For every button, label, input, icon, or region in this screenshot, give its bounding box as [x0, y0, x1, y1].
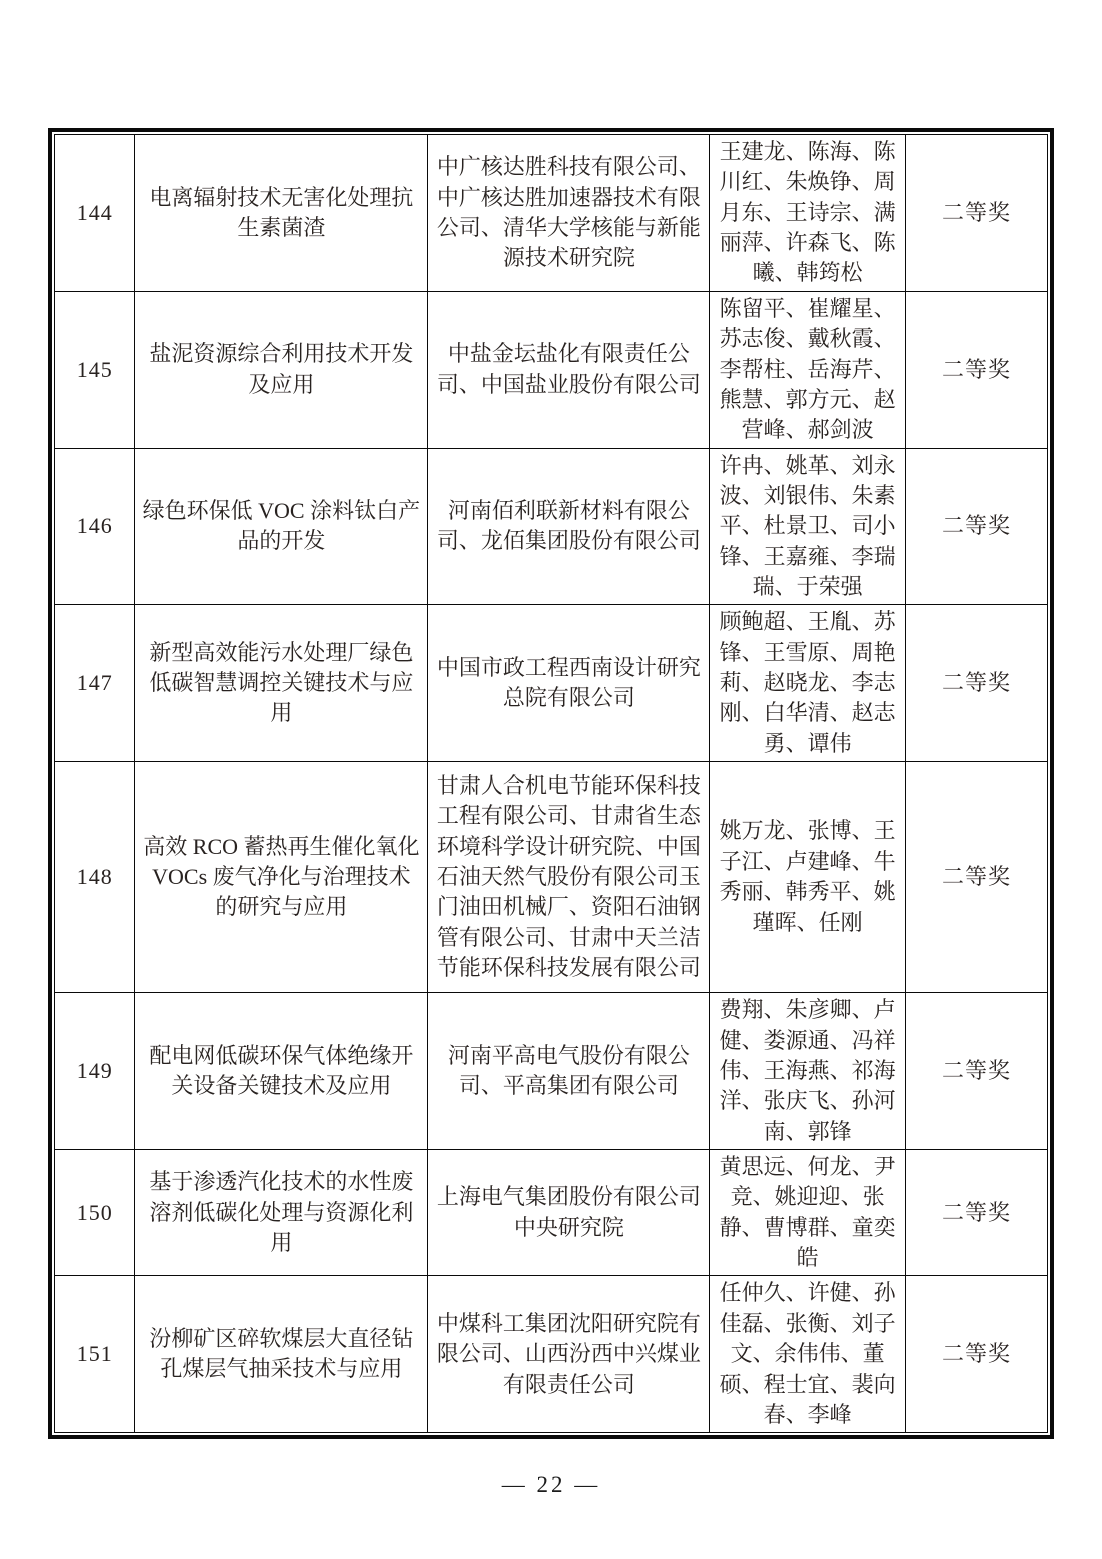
project-name-cell: 电离辐射技术无害化处理抗生素菌渣: [135, 135, 428, 292]
awardees-cell: 王建龙、陈海、陈川红、朱焕铮、周月东、王诗宗、满丽萍、许森飞、陈曦、韩筠松: [710, 135, 906, 292]
project-name-cell: 新型高效能污水处理厂绿色低碳智慧调控关键技术与应用: [135, 605, 428, 762]
table-row: 150 基于渗透汽化技术的水性废溶剂低碳化处理与资源化利用 上海电气集团股份有限…: [55, 1149, 1048, 1275]
awards-table: 144 电离辐射技术无害化处理抗生素菌渣 中广核达胜科技有限公司、中广核达胜加速…: [48, 128, 1054, 1439]
row-number-cell: 148: [55, 762, 135, 993]
awardees-cell: 姚万龙、张博、王子江、卢建峰、牛秀丽、韩秀平、姚瑾晖、任刚: [710, 762, 906, 993]
page-number: — 22 —: [0, 1472, 1102, 1498]
organizations-cell: 中煤科工集团沈阳研究院有限公司、山西汾西中兴煤业有限责任公司: [428, 1276, 710, 1433]
row-number-cell: 146: [55, 448, 135, 605]
table-row: 146 绿色环保低 VOC 涂料钛白产品的开发 河南佰利联新材料有限公司、龙佰集…: [55, 448, 1048, 605]
awardees-cell: 陈留平、崔耀星、苏志俊、戴秋霞、李帮柱、岳海芹、熊慧、郭方元、赵营峰、郝剑波: [710, 291, 906, 448]
award-level-cell: 二等奖: [905, 1276, 1047, 1433]
row-number-cell: 151: [55, 1276, 135, 1433]
organizations-cell: 上海电气集团股份有限公司中央研究院: [428, 1149, 710, 1275]
row-number-cell: 144: [55, 135, 135, 292]
project-name-cell: 汾柳矿区碎软煤层大直径钻孔煤层气抽采技术与应用: [135, 1276, 428, 1433]
award-level-cell: 二等奖: [905, 993, 1047, 1150]
award-level-cell: 二等奖: [905, 762, 1047, 993]
awardees-cell: 顾鲍超、王胤、苏锋、王雪原、周艳莉、赵晓龙、李志刚、白华清、赵志勇、谭伟: [710, 605, 906, 762]
organizations-cell: 河南佰利联新材料有限公司、龙佰集团股份有限公司: [428, 448, 710, 605]
award-level-cell: 二等奖: [905, 448, 1047, 605]
row-number-cell: 150: [55, 1149, 135, 1275]
row-number-cell: 145: [55, 291, 135, 448]
awards-table-grid: 144 电离辐射技术无害化处理抗生素菌渣 中广核达胜科技有限公司、中广核达胜加速…: [54, 134, 1048, 1433]
award-level-cell: 二等奖: [905, 605, 1047, 762]
organizations-cell: 河南平高电气股份有限公司、平高集团有限公司: [428, 993, 710, 1150]
table-row: 149 配电网低碳环保气体绝缘开关设备关键技术及应用 河南平高电气股份有限公司、…: [55, 993, 1048, 1150]
table-row: 144 电离辐射技术无害化处理抗生素菌渣 中广核达胜科技有限公司、中广核达胜加速…: [55, 135, 1048, 292]
awardees-cell: 黄思远、何龙、尹竞、姚迎迎、张静、曹博群、童奕皓: [710, 1149, 906, 1275]
table-row: 151 汾柳矿区碎软煤层大直径钻孔煤层气抽采技术与应用 中煤科工集团沈阳研究院有…: [55, 1276, 1048, 1433]
organizations-cell: 甘肃人合机电节能环保科技工程有限公司、甘肃省生态环境科学设计研究院、中国石油天然…: [428, 762, 710, 993]
award-level-cell: 二等奖: [905, 135, 1047, 292]
row-number-cell: 147: [55, 605, 135, 762]
table-row: 148 高效 RCO 蓄热再生催化氧化 VOCs 废气净化与治理技术的研究与应用…: [55, 762, 1048, 993]
project-name-cell: 配电网低碳环保气体绝缘开关设备关键技术及应用: [135, 993, 428, 1150]
table-row: 145 盐泥资源综合利用技术开发及应用 中盐金坛盐化有限责任公司、中国盐业股份有…: [55, 291, 1048, 448]
award-level-cell: 二等奖: [905, 291, 1047, 448]
table-row: 147 新型高效能污水处理厂绿色低碳智慧调控关键技术与应用 中国市政工程西南设计…: [55, 605, 1048, 762]
award-level-cell: 二等奖: [905, 1149, 1047, 1275]
project-name-cell: 绿色环保低 VOC 涂料钛白产品的开发: [135, 448, 428, 605]
awardees-cell: 任仲久、许健、孙佳磊、张衡、刘子文、余伟伟、董硕、程士宜、裴向春、李峰: [710, 1276, 906, 1433]
organizations-cell: 中国市政工程西南设计研究总院有限公司: [428, 605, 710, 762]
awardees-cell: 费翔、朱彦卿、卢健、娄源通、冯祥伟、王海燕、祁海洋、张庆飞、孙河南、郭锋: [710, 993, 906, 1150]
project-name-cell: 基于渗透汽化技术的水性废溶剂低碳化处理与资源化利用: [135, 1149, 428, 1275]
project-name-cell: 盐泥资源综合利用技术开发及应用: [135, 291, 428, 448]
organizations-cell: 中盐金坛盐化有限责任公司、中国盐业股份有限公司: [428, 291, 710, 448]
organizations-cell: 中广核达胜科技有限公司、中广核达胜加速器技术有限公司、清华大学核能与新能源技术研…: [428, 135, 710, 292]
row-number-cell: 149: [55, 993, 135, 1150]
project-name-cell: 高效 RCO 蓄热再生催化氧化 VOCs 废气净化与治理技术的研究与应用: [135, 762, 428, 993]
awardees-cell: 许冉、姚革、刘永波、刘银伟、朱素平、杜景卫、司小锋、王嘉雍、李瑞瑞、于荣强: [710, 448, 906, 605]
